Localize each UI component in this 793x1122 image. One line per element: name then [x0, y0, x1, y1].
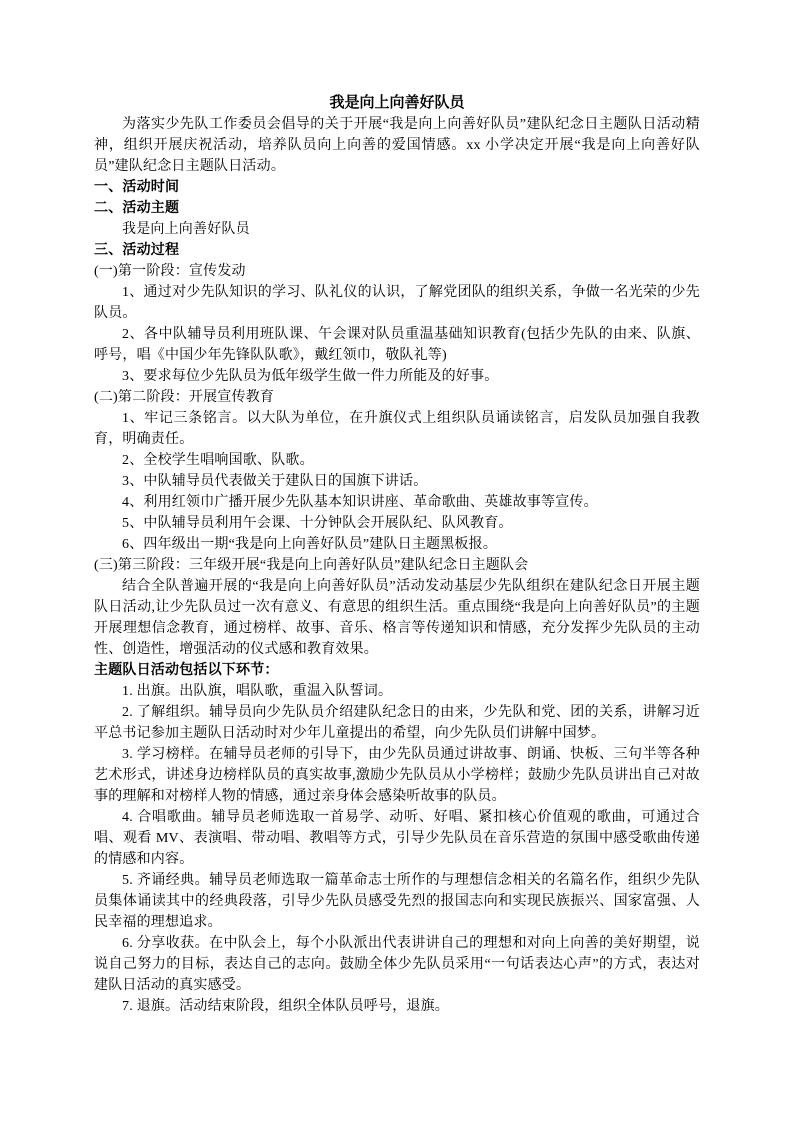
stage2-item-4: 4、利用红领巾广播开展少先队基本知识讲座、革命歌曲、英雄故事等宣传。 — [94, 492, 700, 513]
activity-theme-value: 我是向上向善好队员 — [94, 219, 700, 240]
stage2-item-1: 1、牢记三条铭言。以大队为单位，在升旗仪式上组织队员诵读铭言，启发队员加强自我教… — [94, 408, 700, 450]
step-3-learn-role-models: 3. 学习榜样。在辅导员老师的引导下，由少先队员通过讲故事、朗诵、快板、三句半等… — [94, 744, 700, 807]
stage2-item-2: 2、全校学生唱响国歌、队歌。 — [94, 450, 700, 471]
intro-paragraph: 为落实少先队工作委员会倡导的关于开展“我是向上向善好队员”建队纪念日主题队日活动… — [94, 114, 700, 177]
stage2-item-6: 6、四年级出一期“我是向上向善好队员”建队日主题黑板报。 — [94, 534, 700, 555]
stage1-heading: (一)第一阶段：宣传发动 — [94, 261, 700, 282]
document-title: 我是向上向善好队员 — [94, 93, 700, 114]
step-7-flag-retreat: 7. 退旗。活动结束阶段，组织全体队员呼号，退旗。 — [94, 996, 700, 1017]
heading-activity-process: 三、活动过程 — [94, 240, 700, 261]
heading-activity-time: 一、活动时间 — [94, 177, 700, 198]
stage3-heading: (三)第三阶段：三年级开展“我是向上向善好队员”建队纪念日主题队会 — [94, 555, 700, 576]
step-6-share-gains: 6. 分享收获。在中队会上，每个小队派出代表讲讲自己的理想和对向上向善的美好期望… — [94, 933, 700, 996]
stage1-item-3: 3、要求每位少先队员为低年级学生做一件力所能及的好事。 — [94, 366, 700, 387]
stage2-item-3: 3、中队辅导员代表做关于建队日的国旗下讲话。 — [94, 471, 700, 492]
heading-theme-day-steps: 主题队日活动包括以下环节： — [94, 660, 700, 681]
document-page: 我是向上向善好队员 为落实少先队工作委员会倡导的关于开展“我是向上向善好队员”建… — [0, 0, 793, 1122]
step-2-know-organization: 2. 了解组织。辅导员向少先队员介绍建队纪念日的由来，少先队和党、团的关系，讲解… — [94, 702, 700, 744]
step-4-sing-songs: 4. 合唱歌曲。辅导员老师选取一首易学、动听、好唱、紧扣核心价值观的歌曲，可通过… — [94, 807, 700, 870]
step-1-flag-out: 1. 出旗。出队旗，唱队歌，重温入队誓词。 — [94, 681, 700, 702]
stage1-item-2: 2、各中队辅导员利用班队课、午会课对队员重温基础知识教育(包括少先队的由来、队旗… — [94, 324, 700, 366]
step-5-recite-classics: 5. 齐诵经典。辅导员老师选取一篇革命志士所作的与理想信念相关的名篇名作，组织少… — [94, 870, 700, 933]
stage2-item-5: 5、中队辅导员利用午会课、十分钟队会开展队纪、队风教育。 — [94, 513, 700, 534]
stage3-paragraph: 结合全队普遍开展的“我是向上向善好队员”活动发动基层少先队组织在建队纪念日开展主… — [94, 576, 700, 660]
stage1-item-1: 1、通过对少先队知识的学习、队礼仪的认识，了解党团队的组织关系，争做一名光荣的少… — [94, 282, 700, 324]
heading-activity-theme: 二、活动主题 — [94, 198, 700, 219]
stage2-heading: (二)第二阶段：开展宣传教育 — [94, 387, 700, 408]
